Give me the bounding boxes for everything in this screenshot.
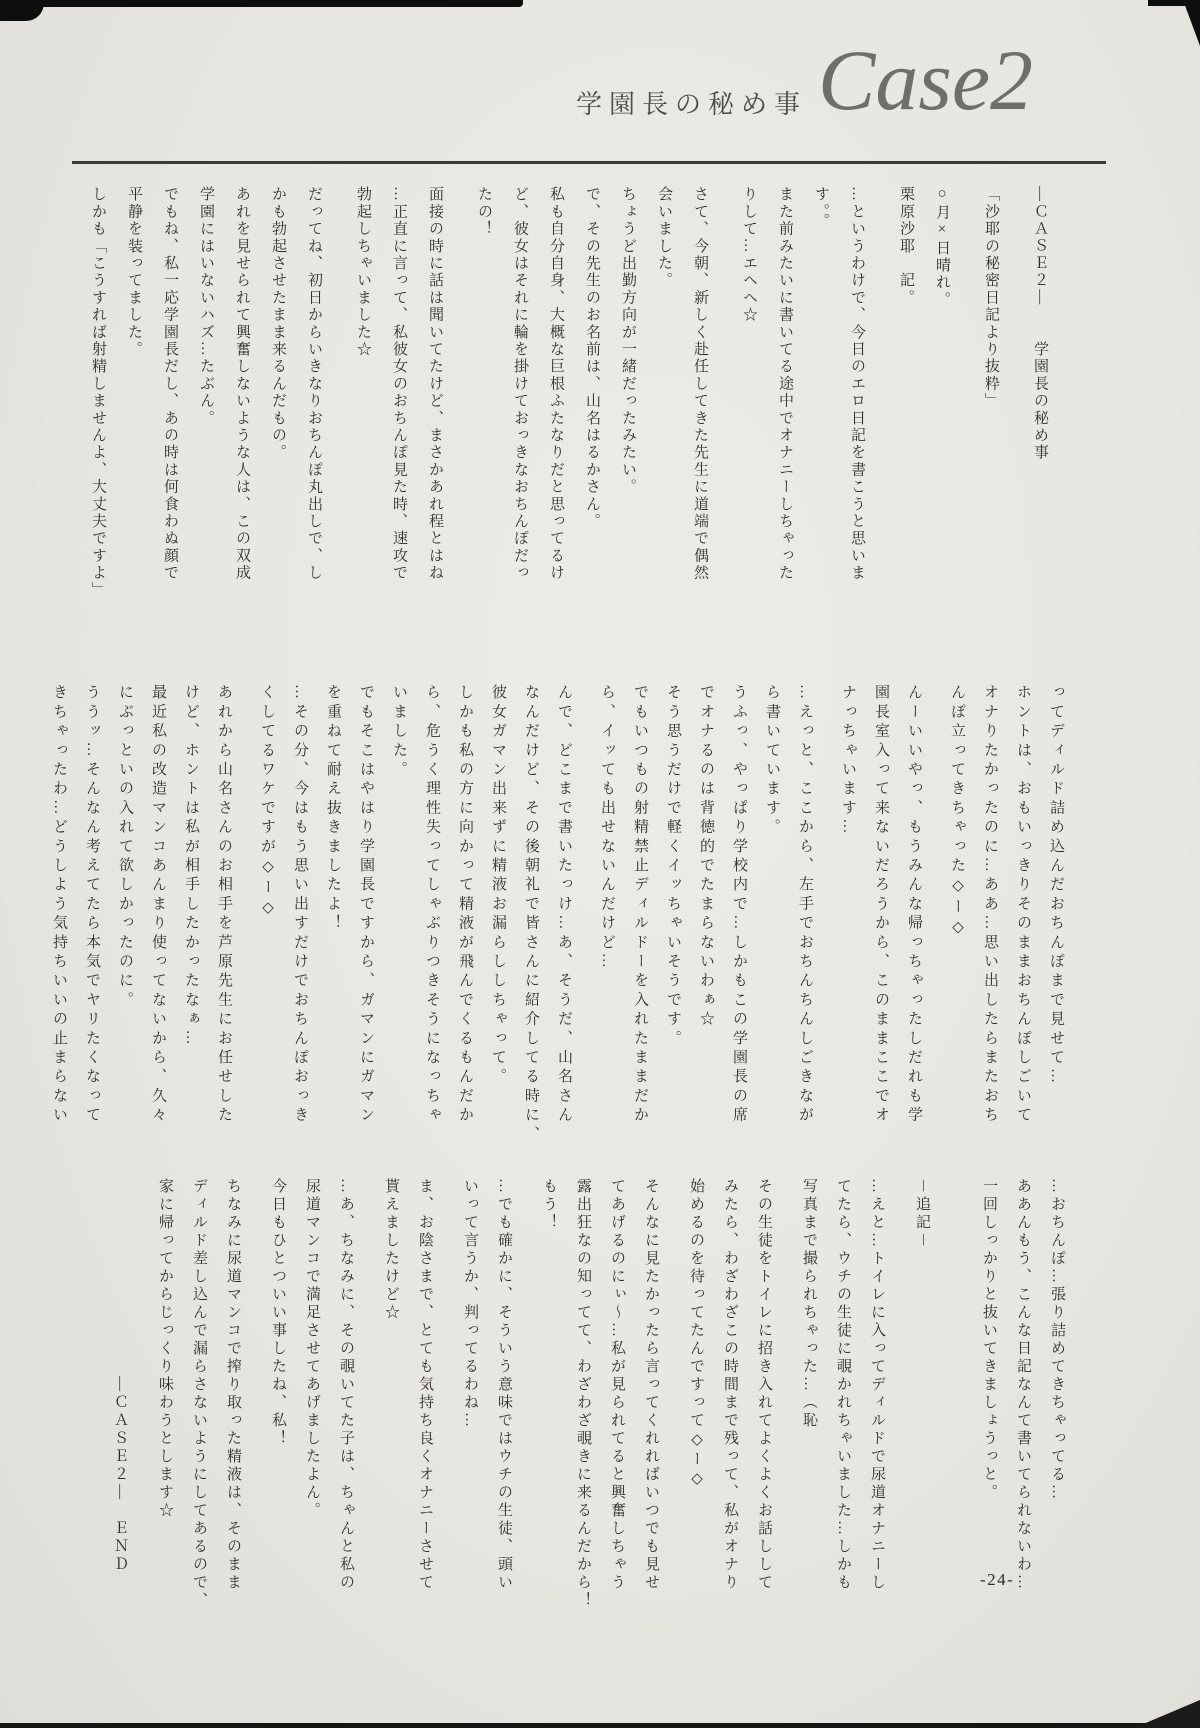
text-line: いって言うか、判ってるわね… bbox=[453, 1178, 487, 1622]
text-band-middle: ってディルド詰め込んだおちんぽまで見せて…ホントは、おもいっきりそのままおちんぽ… bbox=[32, 684, 1072, 1152]
paragraph: ○月×日晴れ。栗原沙耶 記。 bbox=[888, 186, 960, 624]
paragraph: ってディルド詰め込んだおちんぽまで見せて…ホントは、おもいっきりそのままおちんぽ… bbox=[940, 684, 1072, 1152]
text-line: 彼女ガマン出来ずに精液お漏らししちゃって。 bbox=[481, 684, 514, 1152]
text-line: でもいつもの射精禁止ディルドーを入れたままだか bbox=[623, 684, 656, 1152]
paragraph: そんなに見たかったら言ってくれればいつでも見せてあげるのにぃ～…私が見られてると… bbox=[532, 1178, 668, 1622]
paragraph: …あ、ちなみに、その覗いてた子は、ちゃんと私の尿道マンコで満足させてあげましたよ… bbox=[261, 1178, 363, 1622]
scan-artifact-top-left-corner bbox=[0, 0, 44, 21]
scan-artifact-top-edge bbox=[0, 0, 523, 7]
text-line: ○月×日晴れ。 bbox=[924, 186, 960, 624]
text-line: ってディルド詰め込んだおちんぽまで見せて… bbox=[1039, 684, 1072, 1152]
text-line: 貰えましたけど☆ bbox=[374, 1178, 408, 1622]
text-line: 園長室入って来ないだろうから、このままここでオ bbox=[864, 684, 897, 1152]
text-line: たの！ bbox=[466, 186, 502, 624]
paragraph: さて、今朝、新しく赴任してきた先生に道端で偶然会いました。ちょうど出勤方向が一緒… bbox=[466, 186, 718, 624]
paragraph: んで、どこまで書いたっけ…あ、そうだ、山名さんなんだけど、その後朝礼で皆さんに紹… bbox=[250, 684, 580, 1152]
text-line: かも勃起させたまま来るんだもの。 bbox=[260, 186, 296, 624]
text-line: ちなみに尿道マンコで搾り取った精液は、そのまま bbox=[216, 1178, 250, 1622]
paragraph: …でも確かに、そういう意味ではウチの生徒、頭いいって言うか、判ってるわね… bbox=[453, 1178, 521, 1622]
text-line: で、その先生のお名前は、山名はるかさん。 bbox=[574, 186, 610, 624]
paragraph: ちなみに尿道マンコで搾り取った精液は、そのままディルド差し込んで漏らさないように… bbox=[148, 1178, 250, 1622]
text-line: 面接の時に話は聞いてたけど、まさかあれ程とはね bbox=[417, 186, 453, 624]
paragraph: ま、お陰さまで、とても気持ち良くオナニーさせて貰えましたけど☆ bbox=[374, 1178, 442, 1622]
text-line: －追記－ bbox=[905, 1178, 939, 1622]
text-line: ら書いています。 bbox=[755, 684, 788, 1152]
text-line: ちょうど出勤方向が一緒だったみたい。 bbox=[610, 186, 646, 624]
text-line: 勃起しちゃいました☆ bbox=[345, 186, 381, 624]
text-line: さて、今朝、新しく赴任してきた先生に道端で偶然 bbox=[682, 186, 718, 624]
text-line: うふっ、やっぱり学校内で…しかもこの学園長の席 bbox=[722, 684, 755, 1152]
scanned-page: 学園長の秘め事 Case2 ―ＣＡＳＥ２― 学園長の秘め事「沙耶の秘密日記より抜… bbox=[0, 0, 1200, 1728]
page-number: -24- bbox=[980, 1570, 1014, 1590]
text-line: …でも確かに、そういう意味ではウチの生徒、頭い bbox=[487, 1178, 521, 1622]
text-line: 栗原沙耶 記。 bbox=[888, 186, 924, 624]
scan-artifact-bottom-right-corner bbox=[1134, 1700, 1200, 1728]
text-line: にぶっといの入れて欲しかったのに。 bbox=[108, 684, 141, 1152]
text-line: ディルド差し込んで漏らさないようにしてあるので、 bbox=[182, 1178, 216, 1622]
text-line: んぽ立ってきちゃった◇ー◇ bbox=[940, 684, 973, 1152]
text-line: ううッ…そんなん考えてたら本気でヤリたくなって bbox=[75, 684, 108, 1152]
paragraph: …おちんぽ…張り詰めてきちゃってる…ああんもう、こんな日記なんて書いてられないわ… bbox=[972, 1178, 1074, 1622]
paragraph: …えと…トイレに入ってディルドで尿道オナニーしてたら、ウチの生徒に覗かれちゃいま… bbox=[792, 1178, 894, 1622]
text-line: あれから山名さんのお相手を芦原先生にお任せした bbox=[207, 684, 240, 1152]
paragraph: …えっと、ここから、左手でおちんちんしごきながら書いています。うふっ、やっぱり学… bbox=[590, 684, 821, 1152]
paragraph: だってね、初日からいきなりおちんぽ丸出しで、しかも勃起させたまま来るんだもの。あ… bbox=[80, 186, 332, 624]
text-line: でもそこはやはり学園長ですから、ガマンにガマン bbox=[349, 684, 382, 1152]
text-line: …正直に言って、私彼女のおちんぽ見た時、速攻で bbox=[381, 186, 417, 624]
text-line: ま、お陰さまで、とても気持ち良くオナニーさせて bbox=[408, 1178, 442, 1622]
text-line: …えと…トイレに入ってディルドで尿道オナニーし bbox=[860, 1178, 894, 1622]
paragraph: 面接の時に話は聞いてたけど、まさかあれ程とはね…正直に言って、私彼女のおちんぽ見… bbox=[345, 186, 453, 624]
text-line: 写真まで撮られちゃった…（恥 bbox=[792, 1178, 826, 1622]
text-line: …あ、ちなみに、その覗いてた子は、ちゃんと私の bbox=[329, 1178, 363, 1622]
paragraph: －追記－ bbox=[905, 1178, 939, 1622]
text-line: ホントは、おもいっきりそのままおちんぽしごいて bbox=[1006, 684, 1039, 1152]
case-number-title: Case2 bbox=[818, 30, 1033, 130]
text-line: そんなに見たかったら言ってくれればいつでも見せ bbox=[634, 1178, 668, 1622]
paragraph: ―ＣＡＳＥ２― 学園長の秘め事 bbox=[1022, 186, 1058, 624]
text-line: ナっちゃいます… bbox=[831, 684, 864, 1152]
text-line: を重ねて耐え抜きましたよ！ bbox=[316, 684, 349, 1152]
text-line: 始めるのを待ってたんですって◇ー◇ bbox=[679, 1178, 713, 1622]
text-line: ああんもう、こんな日記なんて書いてられないわ… bbox=[1006, 1178, 1040, 1622]
text-line: 一回しっかりと抜いてきましょうっと。 bbox=[972, 1178, 1006, 1622]
text-line: しかも「こうすれば射精しませんよ、大丈夫ですよ」 bbox=[80, 186, 116, 624]
text-line: ら、イッても出せないんだけど… bbox=[590, 684, 623, 1152]
text-line: …えっと、ここから、左手でおちんちんしごきなが bbox=[788, 684, 821, 1152]
text-line: オナりたかったのに…ああ…思い出したらまたおち bbox=[973, 684, 1006, 1152]
text-line: す。。 bbox=[803, 186, 839, 624]
text-line: りして…エヘヘ☆ bbox=[731, 186, 767, 624]
text-line: 「沙耶の秘密日記より抜粋」 bbox=[973, 186, 1009, 624]
text-line: …というわけで、今日のエロ日記を書こうと思いま bbox=[839, 186, 875, 624]
text-line: みたら、わざわざこの時間まで残って、私がオナり bbox=[713, 1178, 747, 1622]
text-line: んで、どこまで書いたっけ…あ、そうだ、山名さん bbox=[547, 684, 580, 1152]
paragraph: んーいいやっ、もうみんな帰っちゃったしだれも学園長室入って来ないだろうから、この… bbox=[831, 684, 930, 1152]
text-line: でオナるのは背徳的でたまらないわぁ☆ bbox=[689, 684, 722, 1152]
text-line: いました。 bbox=[382, 684, 415, 1152]
text-line: ―ＣＡＳＥ２― ＥＮＤ bbox=[103, 1178, 137, 1622]
text-line: 尿道マンコで満足させてあげましたよん。 bbox=[295, 1178, 329, 1622]
text-line: きちゃったわ…どうしよう気持ちいいの止まらない bbox=[42, 684, 75, 1152]
paragraph: あれから山名さんのお相手を芦原先生にお任せしたけど、ホントは私が相手したかったな… bbox=[42, 684, 240, 1152]
scan-artifact-top-right-corner bbox=[1183, 0, 1200, 46]
text-line: 学園にはいないハズ…たぶん。 bbox=[188, 186, 224, 624]
series-title: 学園長の秘め事 bbox=[576, 84, 807, 121]
text-line: しかも私の方に向かって精液が飛んでくるもんだか bbox=[448, 684, 481, 1152]
text-band-bottom: …おちんぽ…張り詰めてきちゃってる…ああんもう、こんな日記なんて書いてられないわ… bbox=[92, 1178, 1074, 1622]
text-line: なんだけど、その後朝礼で皆さんに紹介してる時に、 bbox=[514, 684, 547, 1152]
text-line: ど、彼女はそれに輪を掛けておっきなおちんぽだっ bbox=[502, 186, 538, 624]
text-line: 今日もひとついい事したね、私！ bbox=[261, 1178, 295, 1622]
paragraph: その生徒をトイレに招き入れてよくよくお話ししてみたら、わざわざこの時間まで残って… bbox=[679, 1178, 781, 1622]
text-line: くしてるワケですが◇ー◇ bbox=[250, 684, 283, 1152]
text-line: その生徒をトイレに招き入れてよくよくお話しして bbox=[747, 1178, 781, 1622]
text-line: んーいいやっ、もうみんな帰っちゃったしだれも学 bbox=[897, 684, 930, 1152]
text-line: あれを見せられて興奮しないような人は、この双成 bbox=[224, 186, 260, 624]
text-line: もう！ bbox=[532, 1178, 566, 1622]
text-line: また前みたいに書いてる途中でオナニーしちゃった bbox=[767, 186, 803, 624]
text-line: てあげるのにぃ～…私が見られてると興奮しちゃう bbox=[600, 1178, 634, 1622]
text-line: そう思うだけで軽くイッちゃいそうです。 bbox=[656, 684, 689, 1152]
text-line: 私も自分自身、大概な巨根ふたなりだと思ってるけ bbox=[538, 186, 574, 624]
paragraph: 「沙耶の秘密日記より抜粋」 bbox=[973, 186, 1009, 624]
text-line: 平静を装ってました。 bbox=[116, 186, 152, 624]
text-line: でもね、私一応学園長だし、あの時は何食わぬ顔で bbox=[152, 186, 188, 624]
text-line: ら、危うく理性失ってしゃぶりつきそうになっちゃ bbox=[415, 684, 448, 1152]
text-line: …その分、今はもう思い出すだけでおちんぽおっき bbox=[283, 684, 316, 1152]
text-line: ―ＣＡＳＥ２― 学園長の秘め事 bbox=[1022, 186, 1058, 624]
text-line: 露出狂なの知ってて、わざわざ覗きに来るんだから！ bbox=[566, 1178, 600, 1622]
text-line: 会いました。 bbox=[646, 186, 682, 624]
text-line: 家に帰ってからじっくり味わうとします☆ bbox=[148, 1178, 182, 1622]
text-line: けど、ホントは私が相手したかったなぁ… bbox=[174, 684, 207, 1152]
paragraph: ―ＣＡＳＥ２― ＥＮＤ bbox=[103, 1178, 137, 1622]
text-line: 最近私の改造マンコあんまり使ってないから、久々 bbox=[141, 684, 174, 1152]
text-line: だってね、初日からいきなりおちんぽ丸出しで、し bbox=[296, 186, 332, 624]
paragraph: …というわけで、今日のエロ日記を書こうと思います。。また前みたいに書いてる途中で… bbox=[731, 186, 875, 624]
scan-artifact-bottom-edge bbox=[0, 1723, 1200, 1728]
header-divider bbox=[72, 161, 1106, 164]
text-line: てたら、ウチの生徒に覗かれちゃいました…しかも bbox=[826, 1178, 860, 1622]
text-band-top: ―ＣＡＳＥ２― 学園長の秘め事「沙耶の秘密日記より抜粋」○月×日晴れ。栗原沙耶 … bbox=[67, 186, 1058, 624]
text-line: …おちんぽ…張り詰めてきちゃってる… bbox=[1040, 1178, 1074, 1622]
